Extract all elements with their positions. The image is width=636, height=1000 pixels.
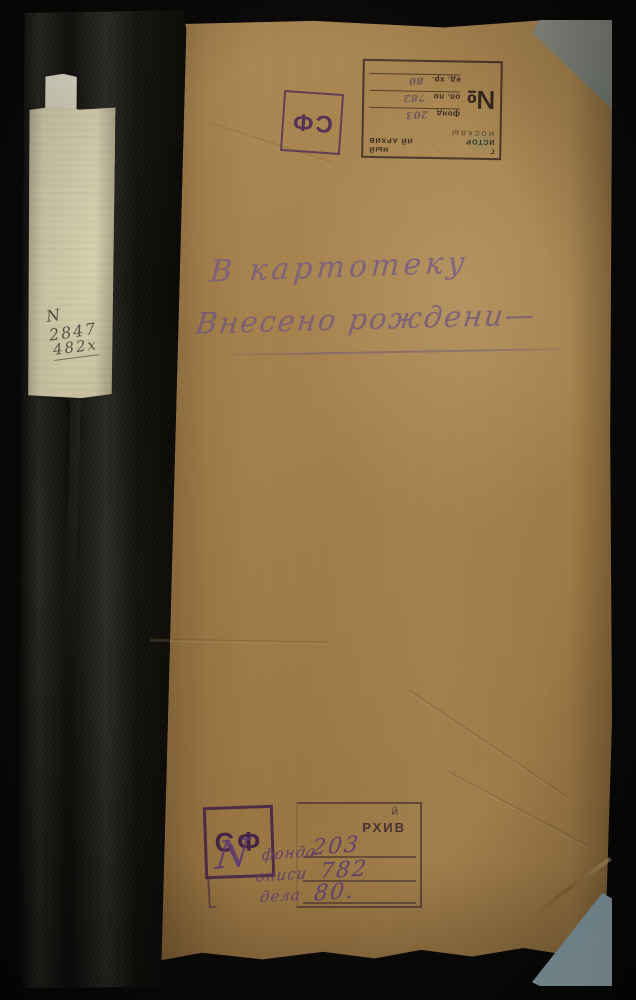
archive-stamp-text-2: РХИВ (362, 820, 406, 835)
catalog-note-label-delo: дела (259, 885, 302, 906)
catalog-note-prefix: N (214, 830, 252, 878)
archive-stamp-text-1: Й (392, 807, 398, 817)
archive-number-stamp: Г · НЫЙ ИСТОР · ИЙ АРХИВ МОСКВЫ № фонд 2… (361, 59, 503, 160)
catalog-note-value-delo: 80. (313, 878, 357, 906)
stamp-frame-mark (207, 876, 217, 908)
catalog-note-label-opis: описи (255, 864, 308, 886)
archive-book-cover-photo: N 2847 482х Г · НЫЙ ИСТОР · ИЙ АРХИВ МОС… (0, 0, 636, 1000)
stamp-field-edhr: ед. хр. 80 (369, 73, 460, 92)
number-sign: № (466, 87, 495, 114)
sf-stamp-top: СФ (280, 90, 344, 155)
spine-paper-label: N 2847 482х (26, 106, 115, 399)
stamp-body: № фонд 203 оп. по 782 ед. хр. 80 (369, 73, 496, 126)
stamp-field-opis: оп. по 782 (369, 90, 460, 109)
spine-label-code: 482х (52, 335, 99, 361)
stamp-field-fond: фонд 203 (369, 107, 460, 126)
